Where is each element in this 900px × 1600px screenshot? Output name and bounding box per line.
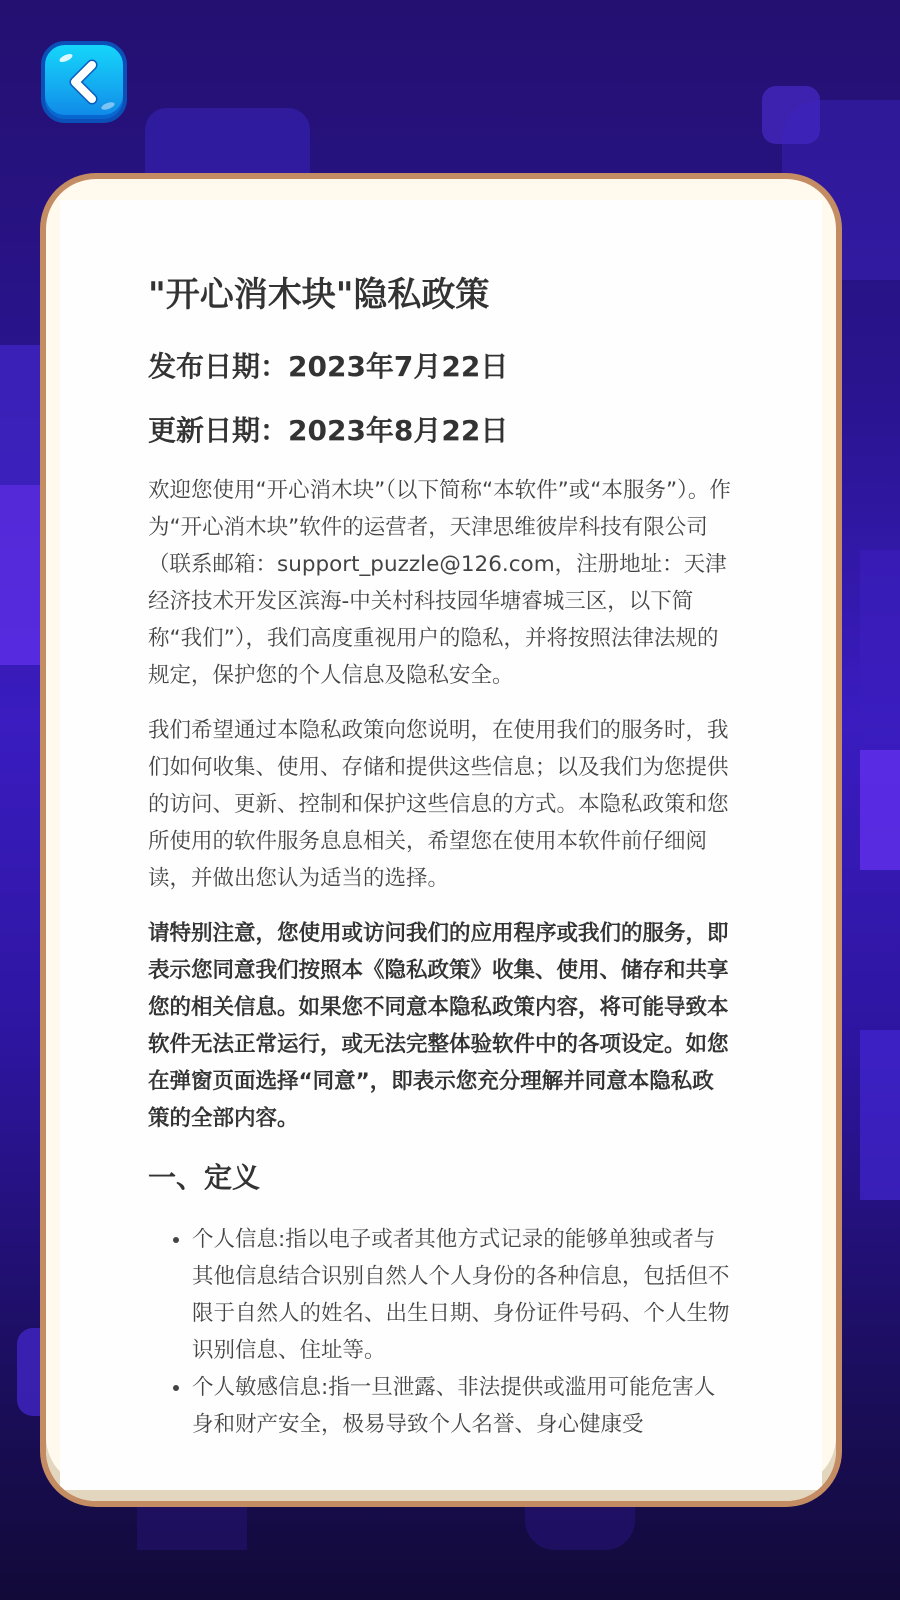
privacy-policy-card: "开心消木块"隐私政策 发布日期：2023年7月22日 更新日期：2023年8月… <box>40 173 842 1507</box>
publish-date: 发布日期：2023年7月22日 <box>148 344 734 390</box>
bg-decor-block <box>525 1505 635 1550</box>
bg-decor-strip <box>0 345 40 485</box>
policy-scroll-content[interactable]: "开心消木块"隐私政策 发布日期：2023年7月22日 更新日期：2023年8月… <box>60 200 822 1490</box>
chevron-left-icon <box>64 59 104 105</box>
section-heading-definitions: 一、定义 <box>148 1155 734 1201</box>
notice-paragraph: 请特别注意，您使用或访问我们的应用程序或我们的服务，即表示您同意我们按照本《隐私… <box>148 915 734 1137</box>
bg-decor-block <box>137 1505 247 1550</box>
bg-decor-strip <box>0 485 40 665</box>
list-item: 个人信息:指以电子或者其他方式记录的能够单独或者与其他信息结合识别自然人个人身份… <box>192 1221 734 1369</box>
bg-decor-strip <box>860 1030 900 1200</box>
card-inner-frame: "开心消木块"隐私政策 发布日期：2023年7月22日 更新日期：2023年8月… <box>46 179 836 1501</box>
policy-title: "开心消木块"隐私政策 <box>148 270 734 320</box>
update-date: 更新日期：2023年8月22日 <box>148 408 734 454</box>
bg-decor-strip <box>860 750 900 870</box>
intro-paragraph: 欢迎您使用“开心消木块”（以下简称“本软件”或“本服务”）。作为“开心消木块”软… <box>148 472 734 694</box>
bg-decor-strip <box>860 550 900 750</box>
back-button[interactable] <box>41 41 127 123</box>
purpose-paragraph: 我们希望通过本隐私政策向您说明，在使用我们的服务时，我们如何收集、使用、存储和提… <box>148 712 734 897</box>
list-item: 个人敏感信息:指一旦泄露、非法提供或滥用可能危害人身和财产安全，极易导致个人名誉… <box>192 1369 734 1443</box>
definitions-list: 个人信息:指以电子或者其他方式记录的能够单独或者与其他信息结合识别自然人个人身份… <box>148 1221 734 1443</box>
